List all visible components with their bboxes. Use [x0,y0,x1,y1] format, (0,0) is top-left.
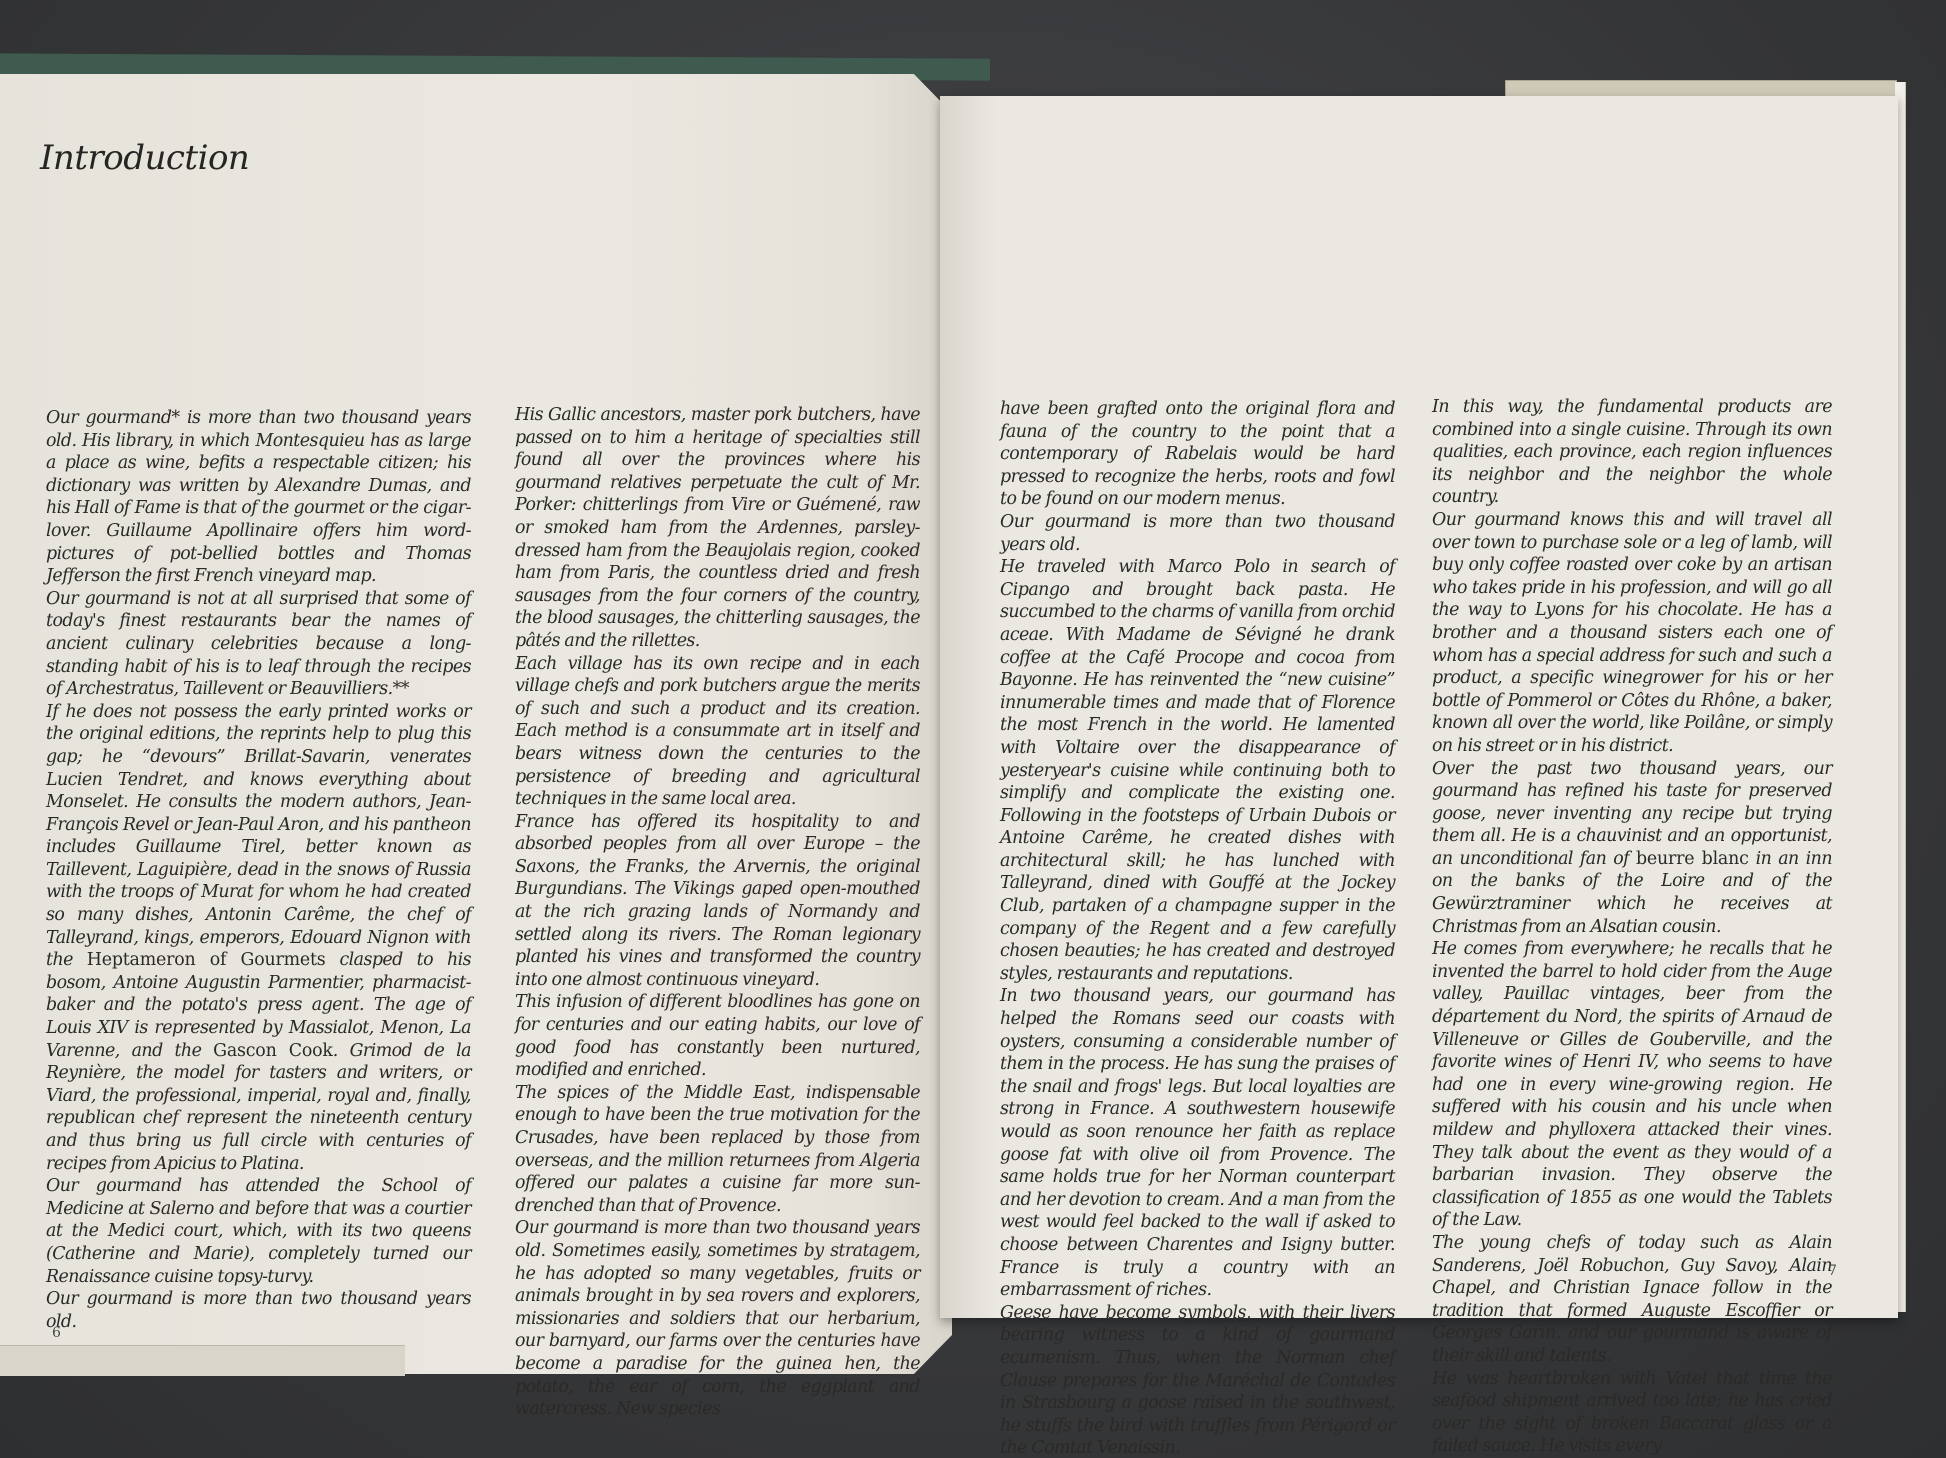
paragraph: He comes from everywhere; he recalls tha… [1432,938,1832,1232]
paragraph: His Gallic ancestors, master pork butche… [515,404,920,653]
paragraph: He traveled with Marco Polo in search of… [1000,556,1395,985]
paragraph: The spices of the Middle East, indispens… [515,1082,920,1218]
text-column-1: Our gourmand* is more than two thousand … [46,407,471,1333]
paragraph: The young chefs of today such as Alain S… [1432,1232,1832,1368]
book-title-heptameron: Heptameron of Gourmets [87,950,326,970]
paragraph: Our gourmand is more than two thousand y… [46,1288,471,1333]
paragraph: Our gourmand is not at all surprised tha… [46,588,471,701]
page-number-right: 7 [1828,1263,1837,1279]
paragraph: Geese have become symbols, with their li… [1000,1302,1395,1458]
paragraph: This infusion of different bloodlines ha… [515,991,920,1081]
page-number-left: 6 [52,1325,61,1341]
paragraph: In this way, the fundamental products ar… [1432,396,1832,509]
left-page-underlayer [0,1345,405,1376]
paragraph: Our gourmand* is more than two thousand … [46,407,471,588]
paragraph: Our gourmand is more than two thousand y… [1000,511,1395,556]
paragraph: If he does not possess the early printed… [46,701,471,1175]
book-title-gascon-cook: Gascon Cook [213,1041,333,1061]
text-column-2: His Gallic ancestors, master pork butche… [515,404,920,1421]
paragraph: Our gourmand is more than two thousand y… [515,1217,920,1420]
text-column-3: have been grafted onto the original flor… [1000,398,1395,1458]
paragraph: Over the past two thousand years, our go… [1432,758,1832,939]
chapter-title: Introduction [40,138,249,178]
paragraph: He was heartbroken with Vatel that time … [1432,1368,1832,1458]
paragraph: have been grafted onto the original flor… [1000,398,1395,511]
paragraph: In two thousand years, our gourmand has … [1000,985,1395,1301]
text-column-4: In this way, the fundamental products ar… [1432,396,1832,1458]
paragraph: Our gourmand has attended the School of … [46,1175,471,1288]
paragraph: Each village has its own recipe and in e… [515,653,920,811]
paragraph: France has offered its hospitality to an… [515,811,920,992]
term-beurre-blanc: beurre blanc [1636,849,1749,869]
paragraph: Our gourmand knows this and will travel … [1432,509,1832,758]
